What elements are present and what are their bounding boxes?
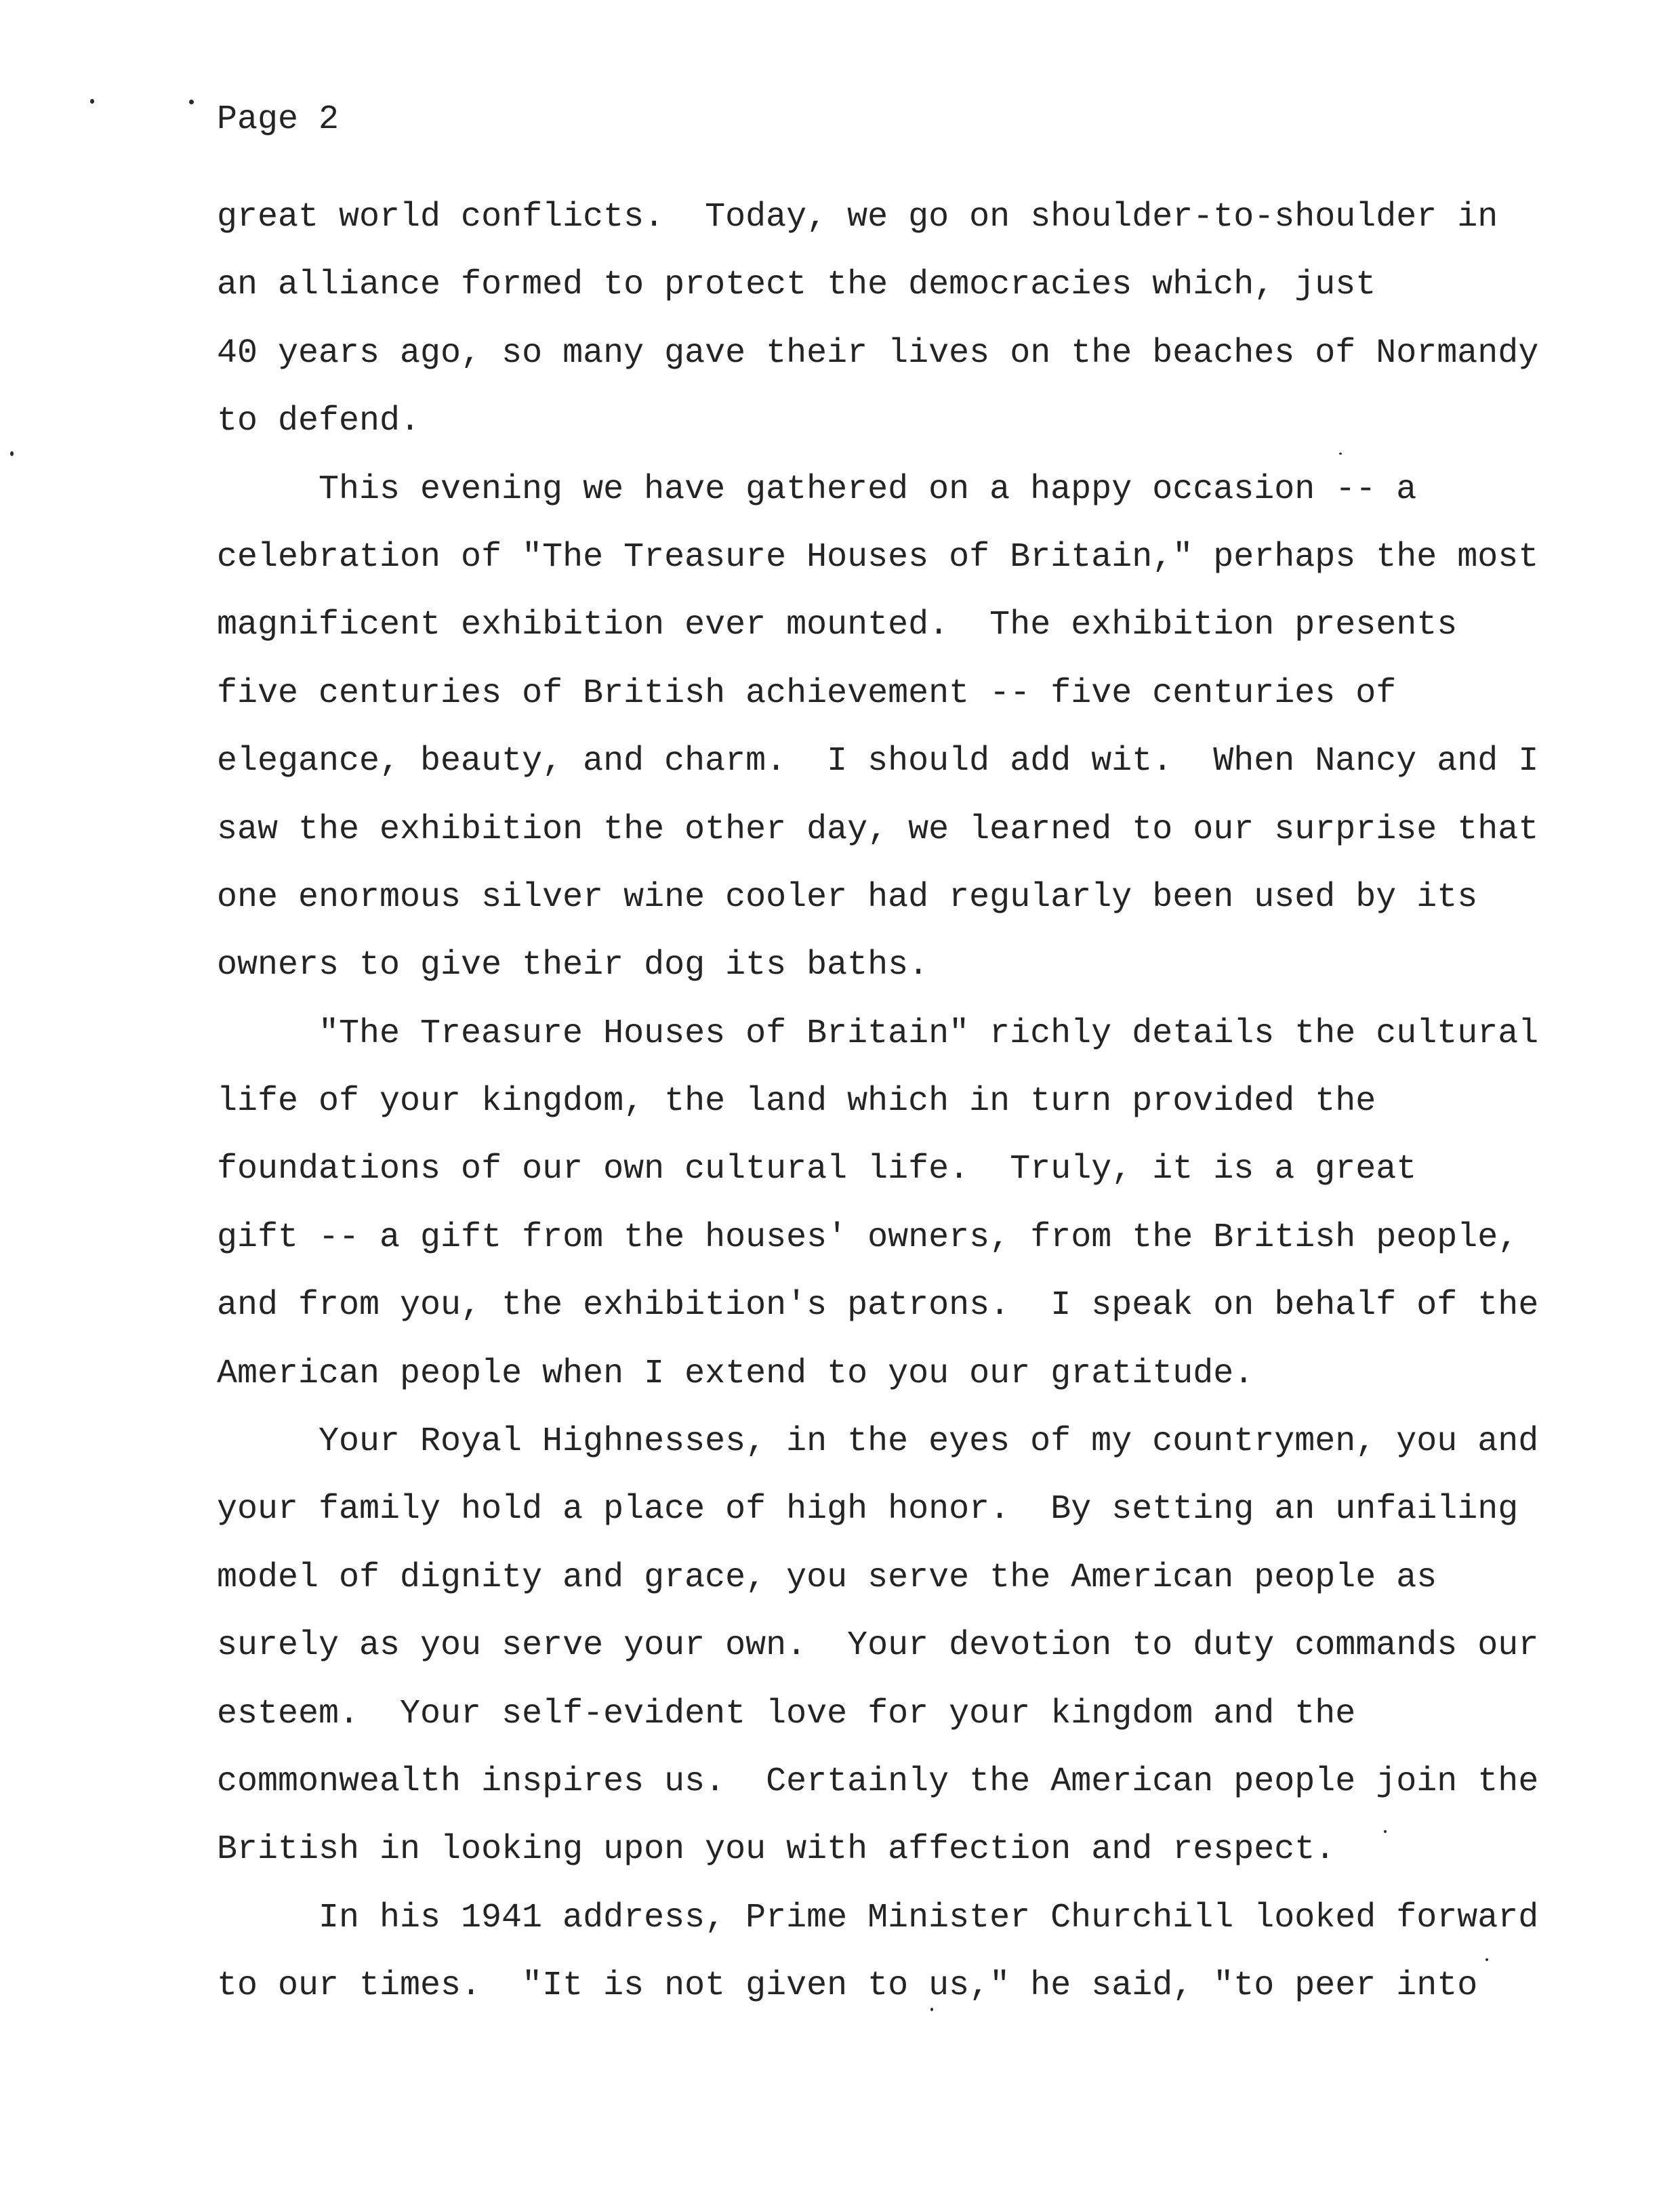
text-line: This evening we have gathered on a happy…	[217, 456, 1538, 524]
text-line: surely as you serve your own. Your devot…	[217, 1612, 1538, 1680]
text-line: owners to give their dog its baths.	[217, 932, 1538, 999]
text-line: life of your kingdom, the land which in …	[217, 1068, 1538, 1136]
text-line: five centuries of British achievement --…	[217, 660, 1538, 728]
text-line: saw the exhibition the other day, we lea…	[217, 796, 1538, 864]
text-line: model of dignity and grace, you serve th…	[217, 1544, 1538, 1612]
paragraph: In his 1941 address, Prime Minister Chur…	[217, 1884, 1538, 2021]
document-body: great world conflicts. Today, we go on s…	[217, 184, 1538, 2021]
text-line: "The Treasure Houses of Britain" richly …	[217, 1000, 1538, 1068]
text-line: to our times. "It is not given to us," h…	[217, 1952, 1538, 2020]
paragraph: "The Treasure Houses of Britain" richly …	[217, 1000, 1538, 1408]
text-line: and from you, the exhibition's patrons. …	[217, 1272, 1538, 1340]
text-line: your family hold a place of high honor. …	[217, 1476, 1538, 1544]
text-line: gift -- a gift from the houses' owners, …	[217, 1204, 1538, 1272]
text-line: celebration of "The Treasure Houses of B…	[217, 524, 1538, 592]
text-line: British in looking upon you with affecti…	[217, 1816, 1538, 1884]
text-line: to defend.	[217, 388, 1538, 455]
text-line: magnificent exhibition ever mounted. The…	[217, 592, 1538, 659]
text-line: elegance, beauty, and charm. I should ad…	[217, 728, 1538, 796]
paragraph: This evening we have gathered on a happy…	[217, 456, 1538, 1000]
scan-speck	[189, 100, 194, 104]
paragraph: great world conflicts. Today, we go on s…	[217, 184, 1538, 456]
text-line: one enormous silver wine cooler had regu…	[217, 864, 1538, 932]
page-number: Page 2	[217, 86, 339, 154]
scan-speck	[90, 99, 94, 104]
paragraph: Your Royal Highnesses, in the eyes of my…	[217, 1408, 1538, 1884]
text-line: In his 1941 address, Prime Minister Chur…	[217, 1884, 1538, 1952]
text-line: Your Royal Highnesses, in the eyes of my…	[217, 1408, 1538, 1476]
text-line: American people when I extend to you our…	[217, 1340, 1538, 1408]
text-line: esteem. Your self-evident love for your …	[217, 1680, 1538, 1748]
text-line: great world conflicts. Today, we go on s…	[217, 184, 1538, 251]
text-line: foundations of our own cultural life. Tr…	[217, 1136, 1538, 1203]
text-line: commonwealth inspires us. Certainly the …	[217, 1748, 1538, 1816]
scan-speck	[10, 451, 14, 456]
text-line: 40 years ago, so many gave their lives o…	[217, 320, 1538, 388]
text-line: an alliance formed to protect the democr…	[217, 251, 1538, 319]
document-page: Page 2 great world conflicts. Today, we …	[0, 0, 1680, 2188]
